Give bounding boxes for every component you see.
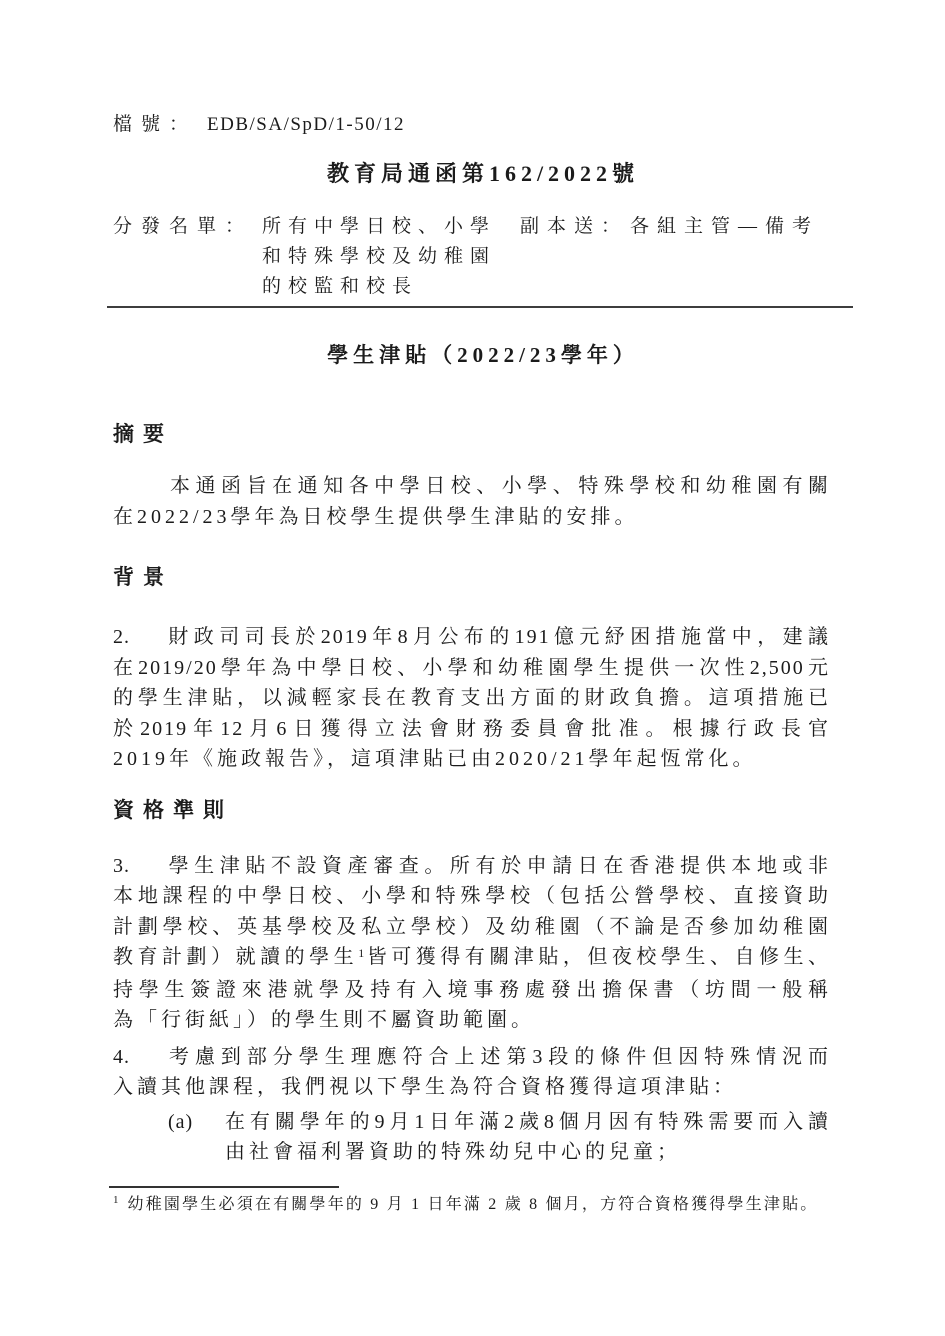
section-heading-summary: 摘要 <box>113 420 853 448</box>
paragraph-text: 教育計劃）就讀的學生 <box>113 946 358 968</box>
paragraph-text: 考慮到部分學生理應符合上述第3段的條件但因特殊情況而 <box>165 1046 830 1068</box>
paragraph-line: 本通函旨在通知各中學日校、小學、特殊學校和幼稚園有關 <box>113 471 830 502</box>
paragraph-line: 在有關學年的9月1日年滿2歲8個月因有特殊需要而入讀 <box>225 1107 830 1138</box>
footnote: 1幼稚園學生必須在有關學年的 9 月 1 日年滿 2 歲 8 個月，方符合資格獲… <box>113 1193 853 1218</box>
paragraph-line: 2.財政司司長於2019年8月公布的191億元紓困措施當中，建議 <box>113 622 830 653</box>
file-number-label: 檔號： <box>113 114 197 135</box>
section-heading-background: 背景 <box>113 563 853 591</box>
paragraph-line: 持學生簽證來港就學及持有入境事務處發出擔保書（坊間一般稱 <box>113 975 830 1006</box>
document-page: 檔號：EDB/SA/SpD/1-50/12 教育局通函第162/2022號 分發… <box>0 0 945 1336</box>
summary-paragraph: 本通函旨在通知各中學日校、小學、特殊學校和幼稚園有關 在2022/23學年為日校… <box>113 471 830 532</box>
footnote-divider <box>109 1186 339 1188</box>
paragraph-text: 皆可獲得有關津貼，但夜校學生、自修生、 <box>364 946 830 968</box>
distribution-recipient-line: 的校監和校長 <box>262 272 520 302</box>
paragraph-text: 學生津貼不設資產審查。所有於申請日在香港提供本地或非 <box>165 855 830 877</box>
distribution-recipients: 所有中學日校、小學 和特殊學校及幼稚園 的校監和校長 <box>262 212 520 302</box>
paragraph-line: 入讀其他課程，我們視以下學生為符合資格獲得這項津貼： <box>113 1072 830 1103</box>
paragraph-line: 在2019/20學年為中學日校、小學和幼稚園學生提供一次性2,500元 <box>113 653 830 684</box>
background-paragraph-2: 2.財政司司長於2019年8月公布的191億元紓困措施當中，建議 在2019/2… <box>113 622 830 775</box>
eligibility-paragraph-3: 3.學生津貼不設資產審查。所有於申請日在香港提供本地或非 本地課程的中學日校、小… <box>113 851 830 1036</box>
subject-title: 學生津貼（2022/23學年） <box>113 341 853 369</box>
list-item-a: (a) 在有關學年的9月1日年滿2歲8個月因有特殊需要而入讀 由社會福利署資助的… <box>113 1107 853 1168</box>
header-divider <box>107 306 853 308</box>
eligibility-paragraph-4: 4.考慮到部分學生理應符合上述第3段的條件但因特殊情況而 入讀其他課程，我們視以… <box>113 1042 830 1103</box>
paragraph-text: 財政司司長於2019年8月公布的191億元紓困措施當中，建議 <box>165 626 830 648</box>
file-reference-row: 檔號：EDB/SA/SpD/1-50/12 <box>113 112 853 138</box>
paragraph-line: 3.學生津貼不設資產審查。所有於申請日在香港提供本地或非 <box>113 851 830 882</box>
section-heading-eligibility: 資格準則 <box>113 796 853 824</box>
list-item-content: 在有關學年的9月1日年滿2歲8個月因有特殊需要而入讀 由社會福利署資助的特殊幼兒… <box>225 1107 830 1168</box>
footnote-marker: 1 <box>113 1194 119 1206</box>
cc-value: 各組主管—備考 <box>630 212 853 302</box>
paragraph-number: 2. <box>113 622 165 653</box>
distribution-block: 分發名單： 所有中學日校、小學 和特殊學校及幼稚園 的校監和校長 副本送： 各組… <box>113 212 853 302</box>
paragraph-line: 由社會福利署資助的特殊幼兒中心的兒童； <box>225 1137 830 1168</box>
paragraph-line: 在2022/23學年為日校學生提供學生津貼的安排。 <box>113 502 830 533</box>
paragraph-line: 於2019年12月6日獲得立法會財務委員會批准。根據行政長官 <box>113 714 830 745</box>
list-item-marker: (a) <box>168 1107 225 1168</box>
paragraph-line: 教育計劃）就讀的學生1皆可獲得有關津貼，但夜校學生、自修生、 <box>113 942 830 975</box>
footnote-reference-1: 1 <box>358 946 364 960</box>
paragraph-line: 4.考慮到部分學生理應符合上述第3段的條件但因特殊情況而 <box>113 1042 830 1073</box>
paragraph-number: 4. <box>113 1042 165 1073</box>
file-number-value: EDB/SA/SpD/1-50/12 <box>207 114 405 135</box>
footnote-text: 幼稚園學生必須在有關學年的 9 月 1 日年滿 2 歲 8 個月，方符合資格獲得… <box>128 1196 819 1213</box>
circular-title: 教育局通函第162/2022號 <box>113 159 853 189</box>
distribution-recipient-line: 和特殊學校及幼稚園 <box>262 242 520 272</box>
paragraph-number: 3. <box>113 851 165 882</box>
distribution-label: 分發名單： <box>113 212 262 302</box>
paragraph-line: 計劃學校、英基學校及私立學校）及幼稚園（不論是否參加幼稚園 <box>113 912 830 943</box>
cc-label: 副本送： <box>520 212 630 302</box>
paragraph-line: 2019年《施政報告》，這項津貼已由2020/21學年起恆常化。 <box>113 744 830 775</box>
paragraph-line: 本地課程的中學日校、小學和特殊學校（包括公營學校、直接資助 <box>113 881 830 912</box>
paragraph-line: 的學生津貼，以減輕家長在教育支出方面的財政負擔。這項措施已 <box>113 683 830 714</box>
paragraph-line: 為「行街紙」）的學生則不屬資助範圍。 <box>113 1005 830 1036</box>
distribution-recipient-line: 所有中學日校、小學 <box>262 212 520 242</box>
